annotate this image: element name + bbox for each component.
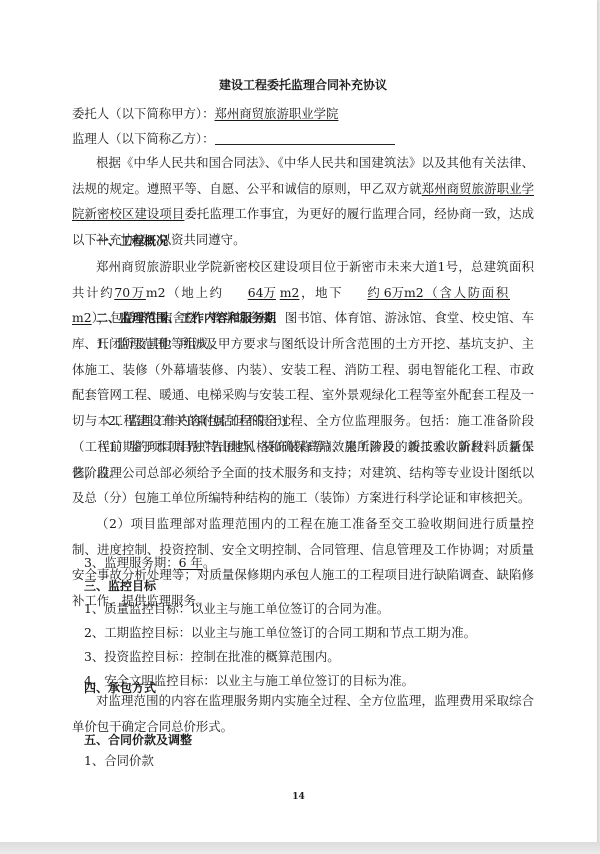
above-ground-label: （地上约 — [166, 285, 224, 300]
contract-price-item: 1、合同价款 — [84, 748, 154, 774]
civil-defense-label: （含人防面积 — [424, 285, 510, 300]
document-title: 建设工程委托监理合同补充协议 — [72, 76, 534, 93]
area-unit: m2 — [72, 310, 92, 325]
service-period-label: 3、监理服务期： — [84, 555, 179, 570]
party-a-value: 郑州商贸旅游职业学院 — [215, 101, 351, 127]
below-ground-area-value: 约 6万 — [343, 280, 404, 306]
service-period-end: 。 — [203, 555, 215, 570]
control-target-1: 1、质量监控目标：以业主与施工单位签订的合同为准。 — [84, 596, 389, 622]
control-target-3: 3、投资监控目标：控制在批准的概算范围内。 — [84, 644, 340, 670]
page-shadow — [0, 842, 600, 854]
service-period-line: 3、监理服务期：6 年。 — [84, 550, 215, 576]
party-b-label: 监理人（以下简称乙方）： — [72, 131, 215, 146]
area-unit: m2 — [404, 285, 424, 300]
party-a-line: 委托人（以下简称甲方）：郑州商贸旅游职业学院 — [72, 101, 351, 127]
above-ground-area-value: 64万 — [224, 280, 280, 306]
area-unit: m2 — [280, 285, 300, 300]
section-2-heading: 二、监理范围、工作内容和服务期 — [96, 306, 276, 332]
document-page: 建设工程委托监理合同补充协议 委托人（以下简称甲方）：郑州商贸旅游职业学院 监理… — [0, 0, 597, 842]
section-1-heading: 一、工程概况 — [96, 229, 168, 255]
work-item-1: （1）鉴于本项目独特山地风格和确保高端效果所涉及的新技术、新材料、新工艺，监理公… — [72, 434, 534, 511]
control-target-2: 2、工期监控目标：以业主与施工单位签订的合同工期和节点工期为准。 — [84, 620, 476, 646]
party-b-value-blank — [215, 130, 395, 145]
work-content-label: 2、监理工作内容(包括但不限于)： — [108, 408, 299, 434]
total-area-value: 70万 — [114, 285, 146, 300]
page-number: 14 — [0, 792, 597, 802]
party-a-label: 委托人（以下简称甲方）： — [72, 106, 215, 121]
service-period-value: 6 年 — [179, 555, 203, 570]
below-ground-label: ，地下 — [299, 285, 343, 300]
area-unit: m2 — [146, 285, 166, 300]
party-b-line: 监理人（以下简称乙方）： — [72, 126, 395, 152]
